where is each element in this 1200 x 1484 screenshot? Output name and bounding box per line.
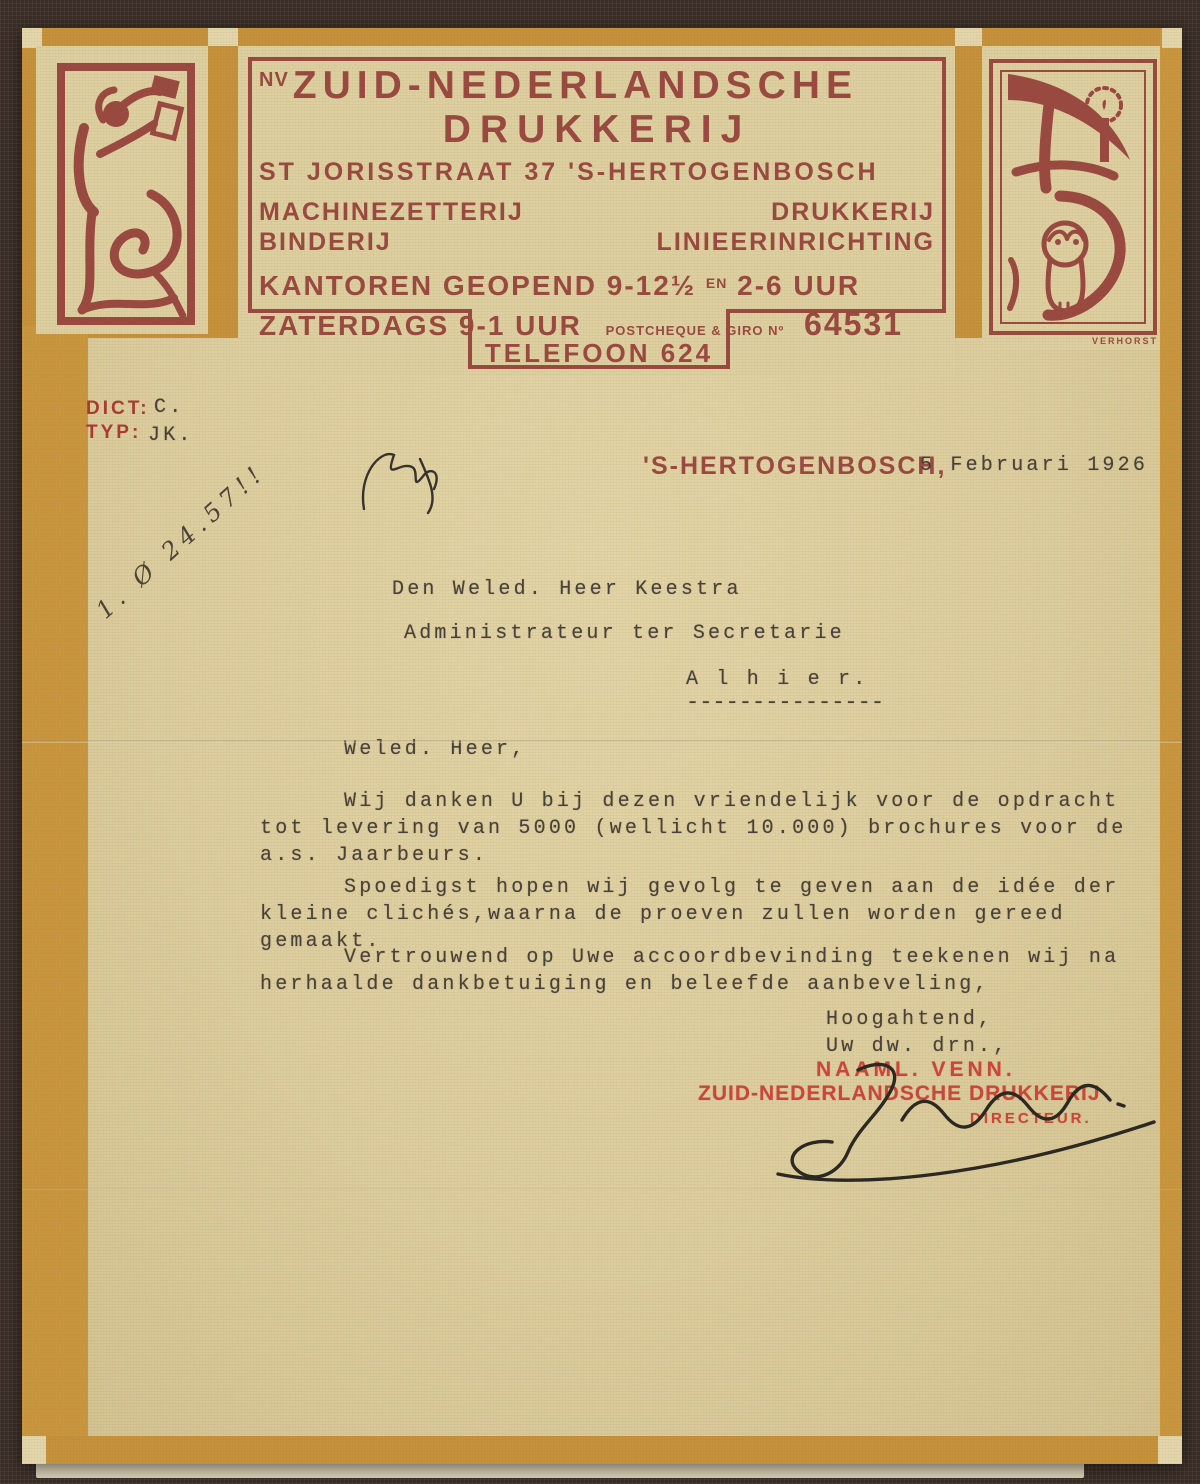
closing-line-2: Uw dw. drn., xyxy=(826,1035,1008,1058)
frame-notch-square-left xyxy=(208,28,238,46)
printer-figure-woodcut-icon xyxy=(56,62,196,326)
company-prefix: NV xyxy=(259,69,289,91)
director-signature xyxy=(762,1056,1172,1191)
artist-signature: VERHORST xyxy=(1038,336,1158,346)
ink-signature-icon xyxy=(762,1056,1172,1191)
typ-value: JK. xyxy=(148,424,194,447)
closing-line-1: Hoogahtend, xyxy=(826,1008,993,1031)
frame-corner-square-br xyxy=(1158,1436,1182,1464)
company-name-line2: DRUKKERIJ xyxy=(247,108,947,152)
hours-main: KANTOREN GEOPEND 9-12½ xyxy=(259,270,696,301)
monogram-illustration xyxy=(988,58,1158,336)
service-binderij: BINDERIJ xyxy=(259,228,392,257)
typ-label: TYP: xyxy=(86,422,141,444)
addressee-city: A l h i e r. xyxy=(686,668,868,691)
frame-corner-square-tr xyxy=(1162,28,1182,48)
letter-sheet: VERHORST NVZUID-NEDERLANDSCHE DRUKKERIJ … xyxy=(22,28,1182,1464)
giro-number: 64531 xyxy=(804,306,903,342)
frame-corner-square-bl xyxy=(22,1436,46,1464)
services-row-1: MACHINEZETTERIJ DRUKKERIJ xyxy=(259,198,935,227)
dict-value: C. xyxy=(154,396,184,419)
saturday-hours: ZATERDAGS 9-1 UUR xyxy=(259,310,582,341)
address-line: ST JORISSTRAAT 37 'S-HERTOGENBOSCH xyxy=(259,158,879,187)
ink-paraph-icon xyxy=(358,443,473,525)
service-drukkerij: DRUKKERIJ xyxy=(771,198,935,227)
handwritten-paraph xyxy=(358,443,473,525)
printer-figure-illustration xyxy=(56,62,196,326)
paragraph-1: Wij danken U bij dezen vriendelijk voor … xyxy=(260,788,1146,869)
place-stamp: 'S-HERTOGENBOSCH, xyxy=(643,452,946,481)
frame-right-band xyxy=(1160,28,1182,1438)
addressee-name: Den Weled. Heer Keestra xyxy=(392,578,742,601)
letter-date: 5 Februari 1926 xyxy=(920,454,1148,477)
frame-bottom-band xyxy=(22,1436,1182,1464)
addressee-title: Administrateur ter Secretarie xyxy=(404,622,845,645)
paragraph-3: Vertrouwend op Uwe accoordbevinding teek… xyxy=(260,944,1146,998)
company-name-line: NVZUID-NEDERLANDSCHE xyxy=(259,64,858,108)
handwritten-note: 1. Ø 24.57!! xyxy=(91,458,272,625)
addressee-underline: --------------- xyxy=(686,690,884,715)
frame-left-band xyxy=(22,326,88,1438)
service-linieerinrichting: LINIEERINRICHTING xyxy=(657,228,935,257)
dict-label: DICT: xyxy=(86,398,150,420)
company-name: ZUID-NEDERLANDSCHE xyxy=(293,64,858,107)
monogram-owl-candle-icon xyxy=(988,58,1158,336)
fold-crease-1 xyxy=(22,740,1182,743)
telephone-line: TELEFOON 624 xyxy=(470,338,728,369)
service-machinezetterij: MACHINEZETTERIJ xyxy=(259,198,524,227)
giro-label: POSTCHEQUE & GIRO Nº xyxy=(606,323,785,338)
paragraph-2: Spoedigst hopen wij gevolg te geven aan … xyxy=(260,874,1146,955)
office-hours-line: KANTOREN GEOPEND 9-12½ EN 2-6 UUR xyxy=(259,270,860,302)
frame-corner-square-tl xyxy=(22,28,42,48)
frame-notch-square-right xyxy=(955,28,982,46)
hours-en: EN xyxy=(706,275,727,291)
letterhead-block: NVZUID-NEDERLANDSCHE DRUKKERIJ ST JORISS… xyxy=(247,56,947,374)
hours-rest: 2-6 UUR xyxy=(737,270,860,301)
scan-background: VERHORST NVZUID-NEDERLANDSCHE DRUKKERIJ … xyxy=(0,0,1200,1484)
services-row-2: BINDERIJ LINIEERINRICHTING xyxy=(259,228,935,257)
